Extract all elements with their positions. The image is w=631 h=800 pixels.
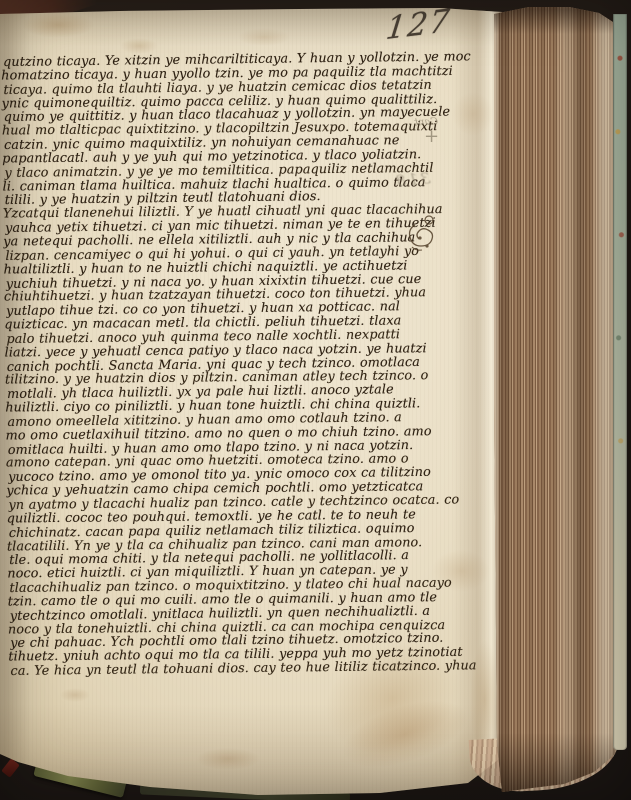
- book-fore-edge: [494, 4, 624, 796]
- manuscript-photograph: 127 qutzino ticaya. Ye xitzin ye mihcari…: [0, 0, 631, 800]
- stain: [120, 38, 158, 54]
- cross-mark: +: [424, 126, 439, 147]
- stain: [196, 748, 260, 770]
- stain: [22, 12, 94, 38]
- stain: [60, 688, 90, 702]
- stain: [238, 28, 290, 46]
- offset-numerals-mark: 318: [393, 168, 431, 190]
- marbled-cover-edge: [613, 14, 627, 750]
- flower-doodle-icon: [405, 211, 443, 253]
- folio-number: 127: [384, 1, 468, 48]
- stain: [335, 687, 476, 780]
